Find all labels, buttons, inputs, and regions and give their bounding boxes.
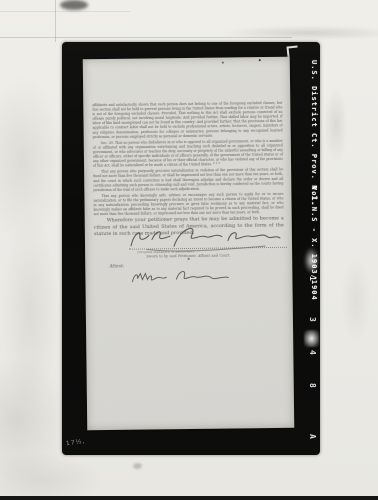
- film-edge-light-blob: [304, 247, 319, 274]
- margin-smudge: [60, 0, 88, 10]
- frame-index-mark: 1: [308, 276, 317, 281]
- statute-text-block: affidavits and satisfactorily shown that…: [92, 101, 283, 218]
- scan-bottom-strip: [0, 496, 378, 500]
- margin-crease-line: [0, 37, 292, 38]
- page-speck: [222, 62, 224, 64]
- statute-paragraph: That any person who purposely procures n…: [93, 167, 283, 192]
- microfilm-scan: 17½, U.S. District Ct. Prov. R.I. Vol.N.…: [0, 0, 378, 500]
- film-edge-light-blob: [304, 330, 319, 347]
- film-edge-label-volume: Vol.N.S - X. 1903/1904: [310, 186, 318, 301]
- frame-index-mark: 8: [308, 383, 317, 388]
- frame-corner-mark-icon: [286, 45, 298, 57]
- statute-paragraph: Sec. 39. That no person who disbelieves …: [93, 139, 283, 169]
- document-page: affidavits and satisfactorily shown that…: [83, 57, 295, 431]
- frame-index-mark: A: [308, 434, 317, 439]
- attest-label: Attest:: [109, 264, 124, 269]
- frame-index-mark: 3: [308, 317, 317, 322]
- statute-paragraph: affidavits and satisfactorily shown that…: [92, 101, 282, 140]
- margin-crease-line: [55, 0, 56, 42]
- frame-corner-scribble: 17½,: [66, 438, 86, 448]
- margin-smudge: [133, 463, 142, 469]
- film-edge-label-court: U.S. District Ct. Prov. R.I.: [310, 60, 318, 206]
- clerk-signature: [127, 265, 235, 289]
- statute-paragraph: That any person who knowingly aids, advi…: [93, 192, 283, 217]
- margin-crease-line: [0, 11, 130, 12]
- frame-index-mark: 4: [308, 350, 317, 355]
- page-speck: [259, 59, 261, 61]
